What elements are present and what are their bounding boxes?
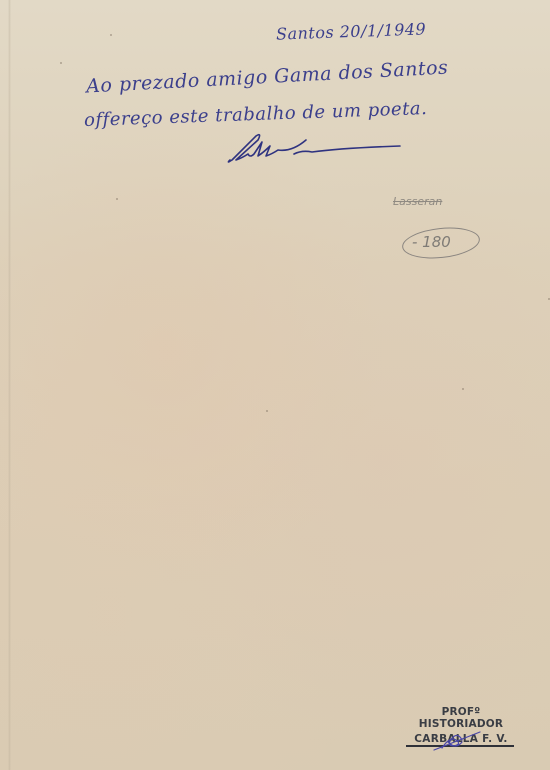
paper-speck	[60, 62, 62, 64]
paper-speck	[116, 198, 118, 200]
paper-speck	[462, 388, 464, 390]
paper-speck	[110, 34, 112, 36]
stamp-signature-scribble	[432, 728, 482, 752]
price-note: - 180	[412, 233, 451, 251]
pencil-crossed-note: Lasseran	[393, 195, 442, 208]
signature	[222, 130, 402, 170]
stamp-title: PROFº HISTORIADOR	[402, 706, 520, 730]
paper-speck	[266, 410, 268, 412]
fold-line	[8, 0, 11, 770]
